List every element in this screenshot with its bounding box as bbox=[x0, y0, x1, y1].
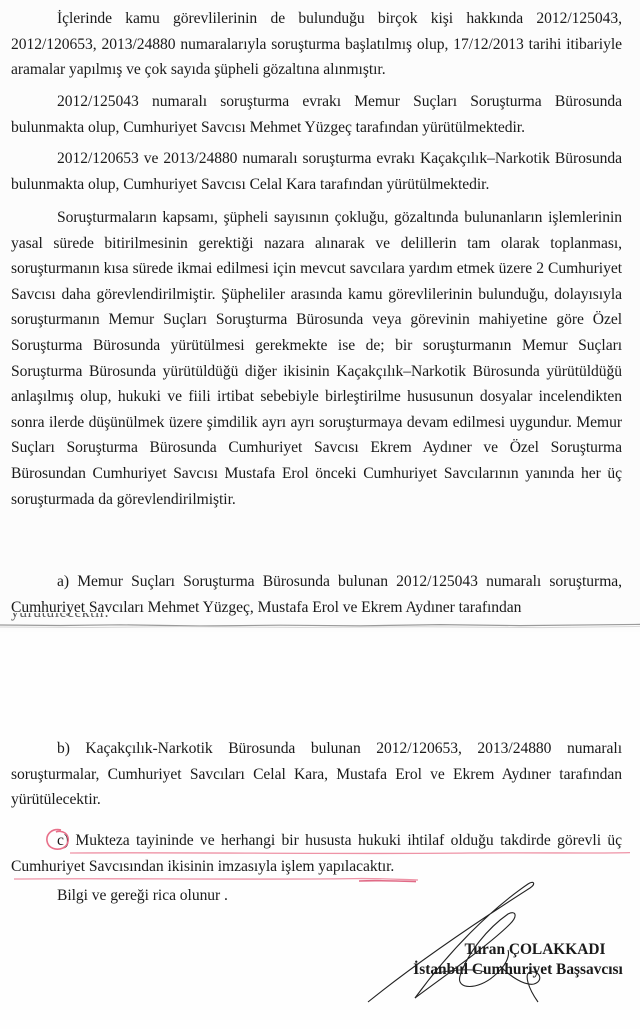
paragraph-investigation-start: İçlerinde kamu görevlilerinin de bulundu… bbox=[11, 6, 622, 83]
paragraph-closing: Bilgi ve gereği rica olunur . bbox=[11, 883, 622, 909]
signatory-name: Turan ÇOLAKKADI bbox=[432, 940, 638, 960]
underline-annotation-line-2 bbox=[14, 875, 419, 883]
underline-annotation-line-1 bbox=[70, 850, 630, 856]
paragraph-scope-assignment: Soruşturmaların kapsamı, şüpheli sayısın… bbox=[11, 205, 622, 512]
cut-off-text: yürütülecektir. bbox=[11, 613, 211, 621]
signatory-title: İstanbul Cumhuriyet Başsavcısı bbox=[398, 960, 638, 980]
paragraph-item-b: b) Kaçakçılık-Narkotik Bürosunda bulunan… bbox=[11, 736, 622, 813]
paragraph-narkotik-bureau: 2012/120653 ve 2013/24880 numaralı soruş… bbox=[11, 146, 622, 197]
paragraph-memur-bureau: 2012/125043 numaralı soruşturma evrakı M… bbox=[11, 89, 622, 140]
signature-block: Turan ÇOLAKKADI İstanbul Cumhuriyet Başs… bbox=[398, 940, 638, 980]
circle-annotation-mark bbox=[44, 828, 72, 852]
tear-line-divider bbox=[0, 622, 640, 632]
document-page: İçlerinde kamu görevlilerinin de bulundu… bbox=[0, 0, 640, 1029]
document-top-section: İçlerinde kamu görevlilerinin de bulundu… bbox=[0, 0, 640, 630]
cut-off-text-line: yürütülecektir. bbox=[11, 613, 211, 621]
